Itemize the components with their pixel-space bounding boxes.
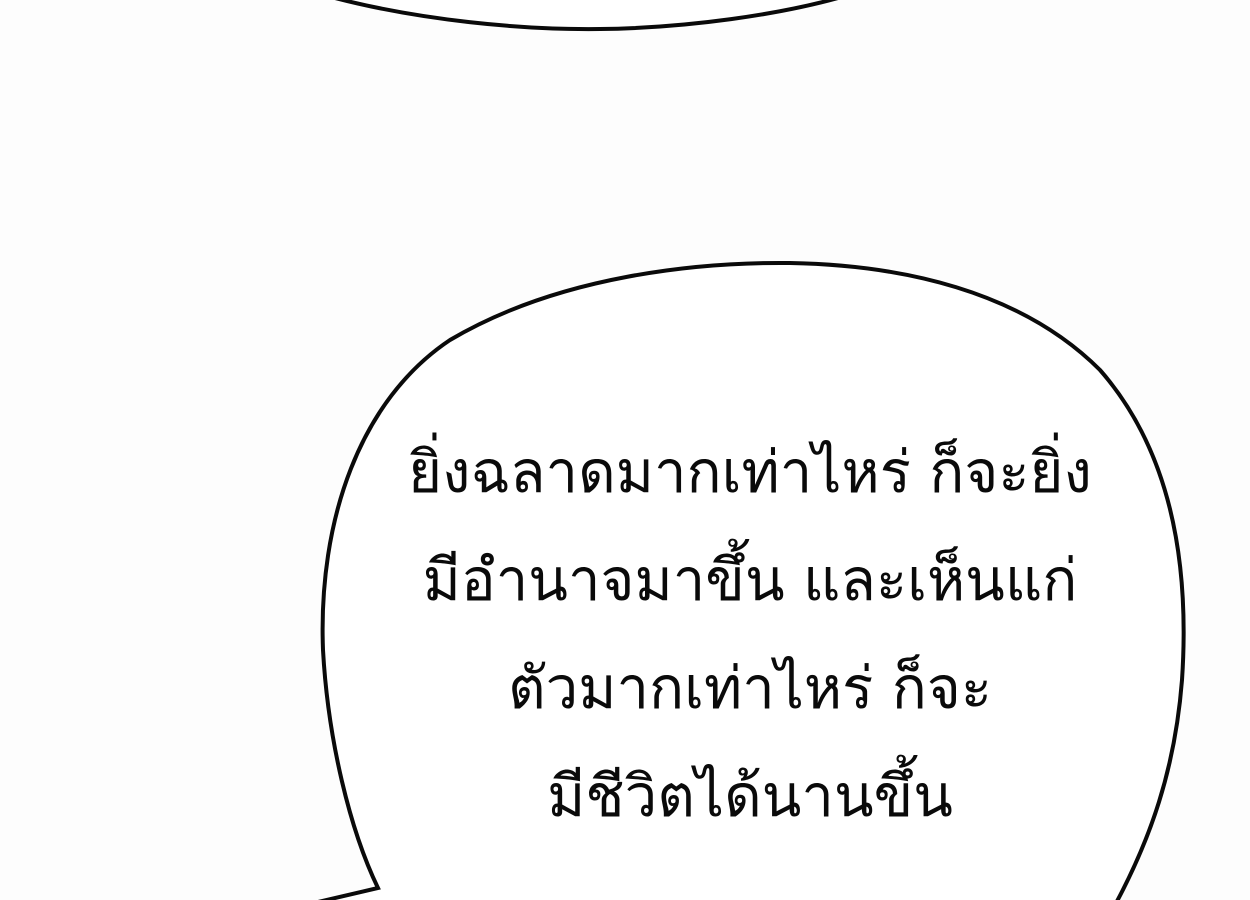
speech-line-2: มีอำนาจมาขึ้น และเห็นแก่ — [330, 526, 1170, 634]
speech-line-3: ตัวมากเท่าไหร่ ก็จะ — [330, 634, 1170, 742]
speech-line-4: มีชีวิตได้นานขึ้น — [330, 742, 1170, 850]
speech-line-1: ยิ่งฉลาดมากเท่าไหร่ ก็จะยิ่ง — [330, 418, 1170, 526]
top-speech-bubble — [335, 0, 838, 29]
comic-panel: ยิ่งฉลาดมากเท่าไหร่ ก็จะยิ่ง มีอำนาจมาขึ… — [0, 0, 1250, 900]
speech-bubble-text: ยิ่งฉลาดมากเท่าไหร่ ก็จะยิ่ง มีอำนาจมาขึ… — [330, 418, 1170, 850]
